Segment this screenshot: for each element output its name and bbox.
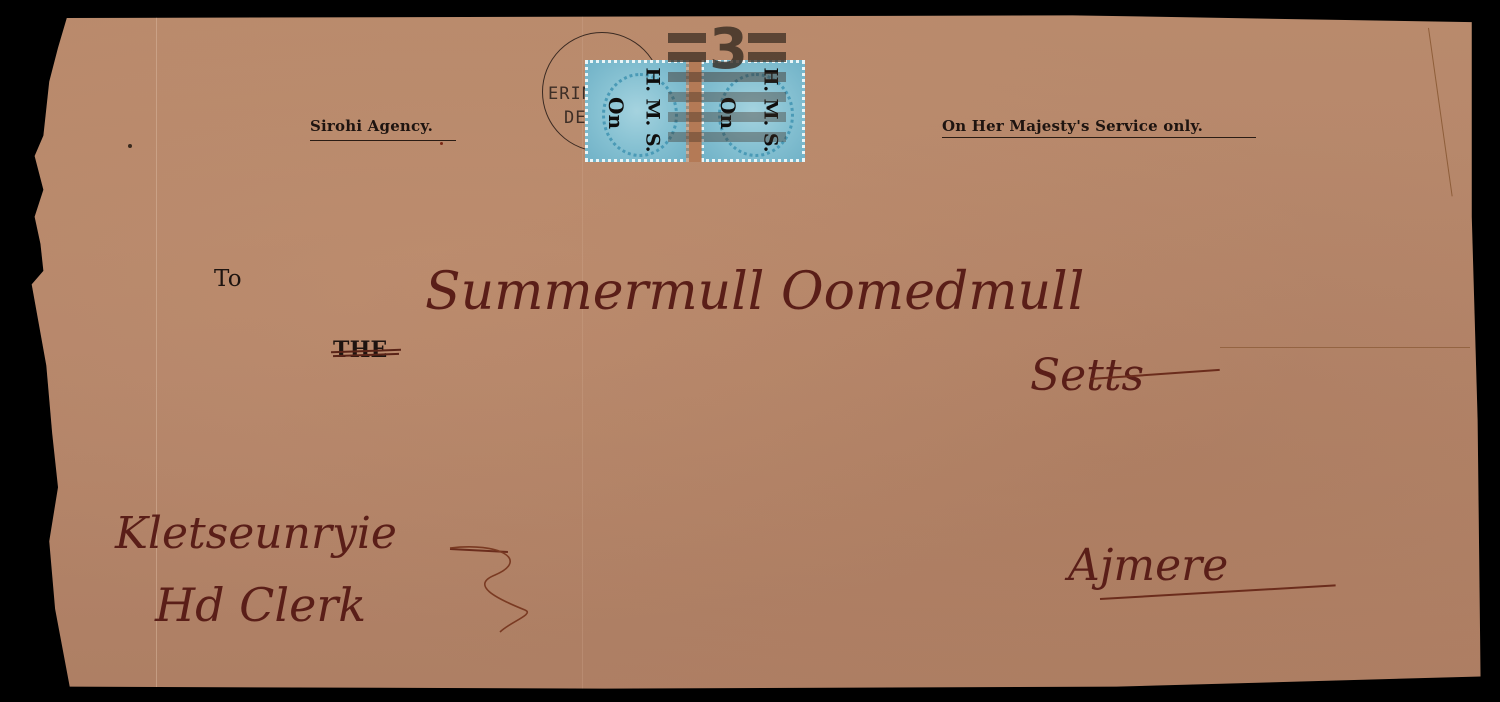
addressee-name: Summermull Oomedmull	[425, 262, 1084, 322]
service-heading: On Her Majesty's Service only.	[942, 117, 1203, 135]
ink-speck	[440, 142, 443, 145]
overprint-on: On	[604, 97, 628, 129]
to-label: To	[214, 266, 242, 292]
cancel-number: 3	[709, 22, 748, 78]
overprint-hms: H. M. S.	[642, 67, 664, 152]
heading-underline	[942, 137, 1256, 138]
addressee-city: Ajmere	[1068, 540, 1228, 591]
heading-underline	[310, 140, 456, 141]
ink-speck	[128, 144, 132, 148]
endorsement-title: Hd Clerk	[155, 578, 366, 632]
paper-tear	[1428, 28, 1453, 196]
sender-heading: Sirohi Agency.	[310, 117, 433, 135]
paper-crease	[1220, 347, 1470, 350]
endorsement-name: Kletseunryie	[115, 508, 397, 559]
flourish-scroll	[440, 540, 540, 650]
